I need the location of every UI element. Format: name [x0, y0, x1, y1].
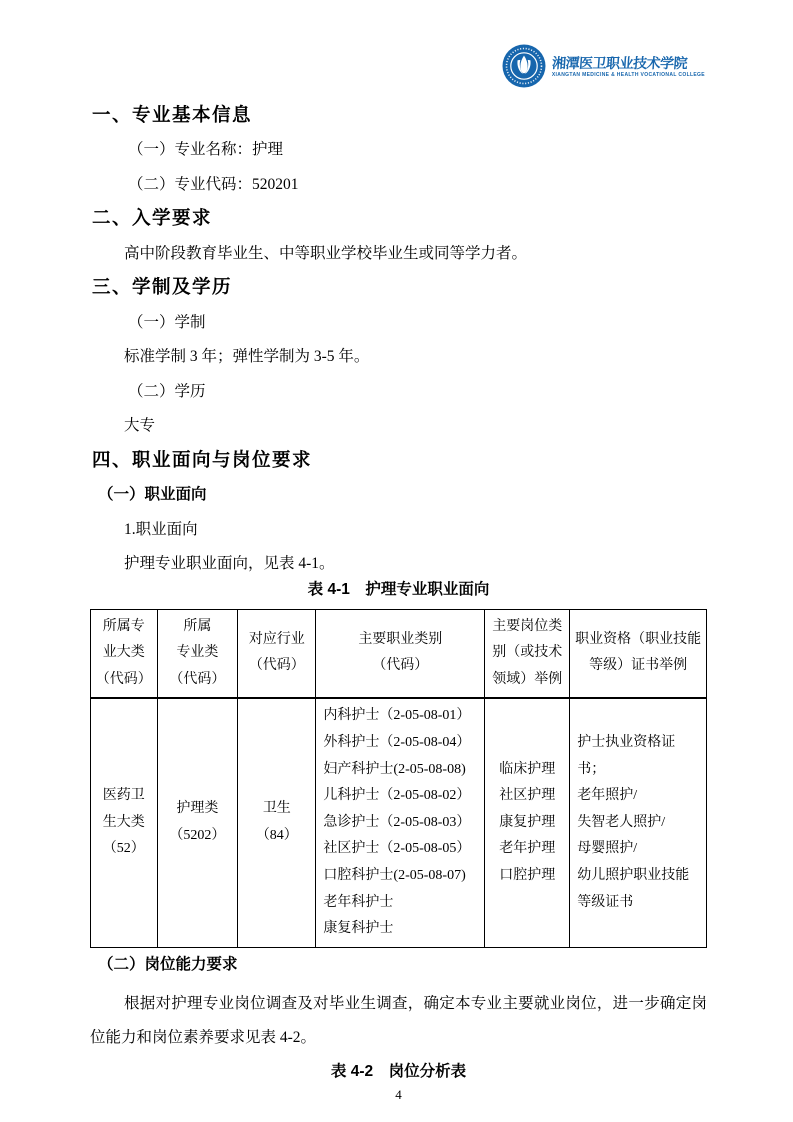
table-row: 医药卫 生大类 （52） 护理类 （5202） 卫生 （84） 内科护士（2-0…	[91, 698, 707, 947]
schooling-length-subheading: （一）学制	[128, 314, 707, 333]
post-ability-text: 根据对护理专业岗位调查及对毕业生调查，确定本专业主要就业岗位，进一步确定岗位能力…	[90, 987, 707, 1054]
page-number: 4	[90, 1087, 707, 1103]
degree-text: 大专	[90, 417, 707, 436]
section-heading-schooling: 三、学制及学历	[92, 276, 707, 297]
career-orientation-table: 所属专 业大类 （代码） 所属 专业类 （代码） 对应行业 （代码） 主要职业类…	[90, 609, 707, 948]
col-header-major-category: 所属专 业大类 （代码）	[91, 609, 158, 698]
college-name-zh: 湘潭医卫职业技术学院	[551, 57, 687, 73]
col-header-major-class: 所属 专业类 （代码）	[157, 609, 238, 698]
cell-industry: 卫生 （84）	[238, 698, 316, 947]
schooling-length-text: 标准学制 3 年；弹性学制为 3-5 年。	[90, 348, 707, 367]
cell-major-class: 护理类 （5202）	[157, 698, 238, 947]
cell-certificates: 护士执业资格证书； 老年照护/ 失智老人照护/ 母婴照护/ 幼儿照护职业技能 等…	[570, 698, 707, 947]
cell-major-category: 医药卫 生大类 （52）	[91, 698, 158, 947]
col-header-positions: 主要岗位类 别（或技术 领域）举例	[485, 609, 570, 698]
section-heading-basic-info: 一、专业基本信息	[92, 104, 707, 125]
col-header-certificates: 职业资格（职业技能 等级）证书举例	[570, 609, 707, 698]
table42-caption: 表 4-2 岗位分析表	[90, 1063, 707, 1082]
table-header-row: 所属专 业大类 （代码） 所属 专业类 （代码） 对应行业 （代码） 主要职业类…	[91, 609, 707, 698]
career-orientation-item: 1.职业面向	[90, 521, 707, 540]
col-header-industry: 对应行业 （代码）	[238, 609, 316, 698]
section-heading-admission: 二、入学要求	[92, 207, 707, 228]
major-name-line: （一）专业名称：护理	[128, 141, 707, 160]
table41-caption: 表 4-1 护理专业职业面向	[90, 581, 707, 600]
college-logo: 湘潭医卫职业技术学院 XIANGTAN MEDICINE & HEALTH VO…	[90, 45, 705, 91]
major-code-line: （二）专业代码：520201	[128, 176, 707, 195]
section-heading-career: 四、职业面向与岗位要求	[92, 449, 707, 470]
college-emblem-icon	[502, 44, 546, 93]
college-name-en: XIANGTAN MEDICINE & HEALTH VOCATIONAL CO…	[552, 73, 705, 79]
document-page: 湘潭医卫职业技术学院 XIANGTAN MEDICINE & HEALTH VO…	[0, 0, 793, 1122]
college-name: 湘潭医卫职业技术学院 XIANGTAN MEDICINE & HEALTH VO…	[552, 57, 705, 79]
admission-requirement-text: 高中阶段教育毕业生、中等职业学校毕业生或同等学力者。	[90, 245, 707, 264]
career-orientation-subheading: （一）职业面向	[98, 486, 707, 505]
cell-occupations: 内科护士（2-05-08-01） 外科护士（2-05-08-04） 妇产科护士(…	[316, 698, 485, 947]
degree-subheading: （二）学历	[128, 383, 707, 402]
col-header-occupations: 主要职业类别 （代码）	[316, 609, 485, 698]
cell-positions: 临床护理 社区护理 康复护理 老年护理 口腔护理	[485, 698, 570, 947]
career-orientation-ref-text: 护理专业职业面向，见表 4-1。	[90, 555, 707, 574]
post-ability-subheading: （二）岗位能力要求	[98, 956, 707, 975]
